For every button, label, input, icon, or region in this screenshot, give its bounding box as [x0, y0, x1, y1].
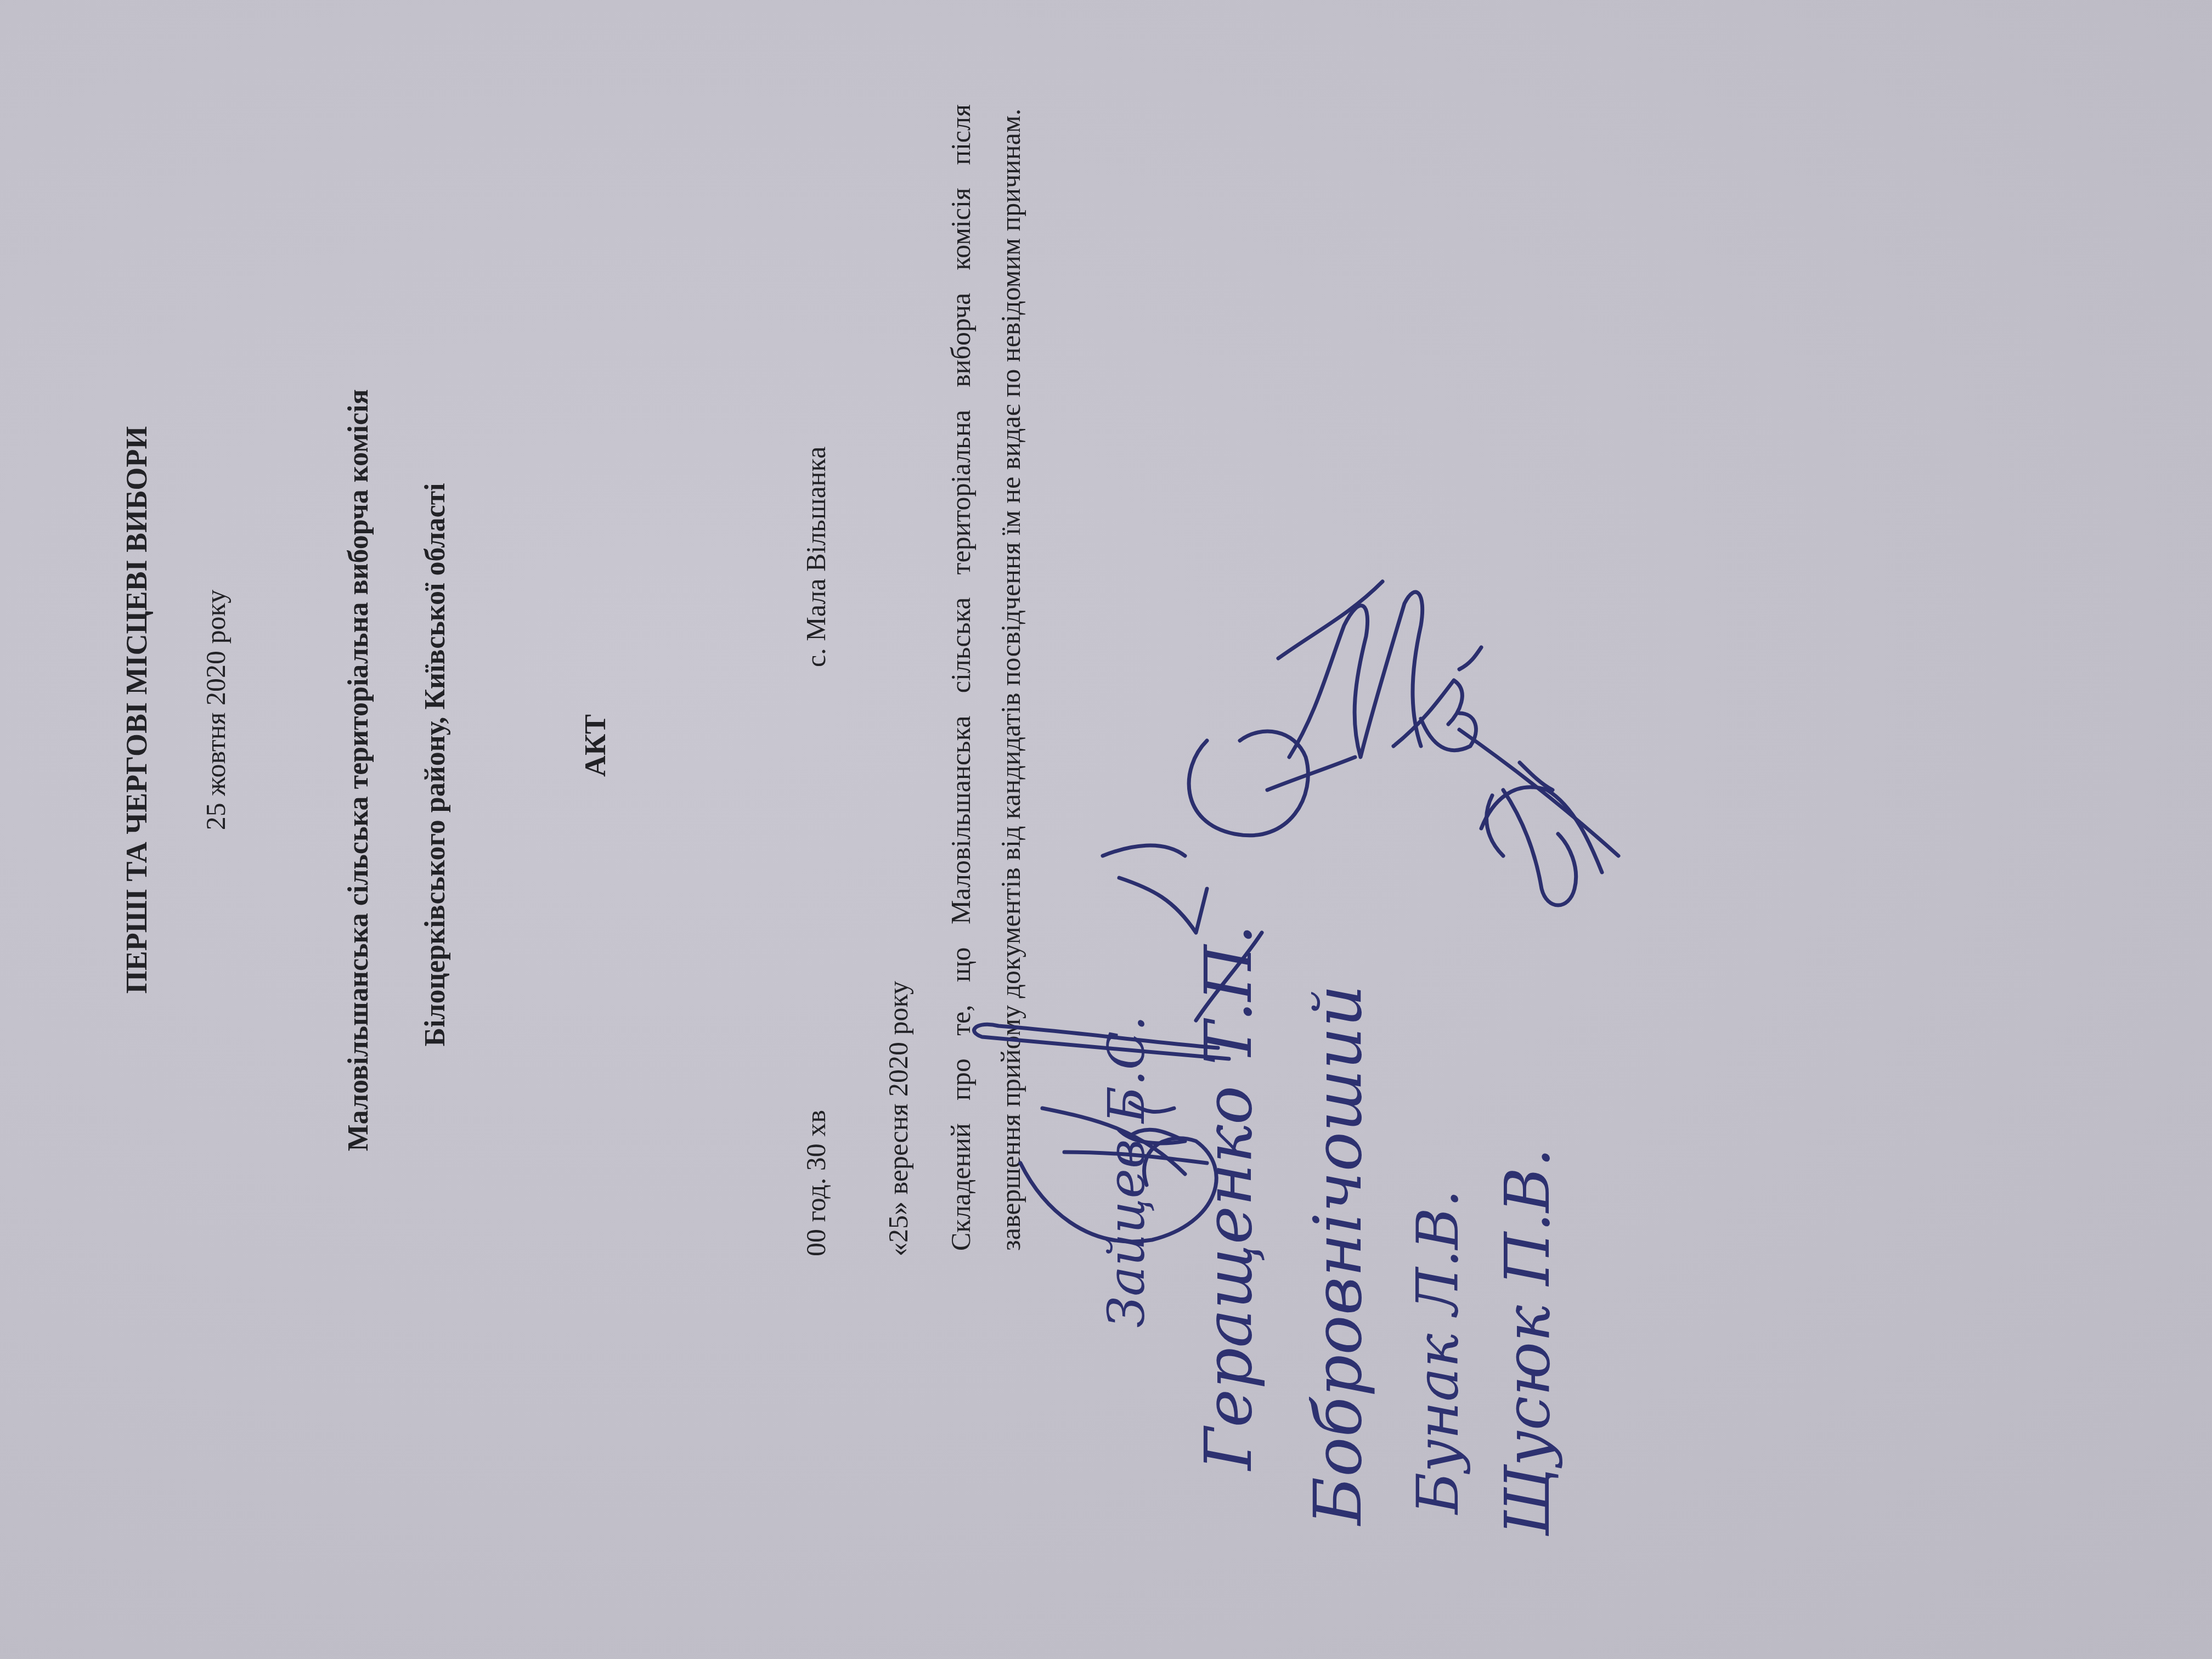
signature-name-4: Бунак Л.В. [1404, 1189, 1471, 1514]
act-time: 00 год. 30 хв [802, 1110, 830, 1256]
act-title: АКТ [580, 0, 610, 1659]
document-sheet: ПЕРШІ ТА ЧЕРГОВІ МІСЦЕВІ ВИБОРИ 25 жовтн… [0, 0, 2212, 1659]
signature-name-1: Зайцев Б.С. [1097, 1015, 1156, 1328]
election-date: 25 жовтня 2020 року [202, 0, 229, 1659]
signature-name-5: Щусюк П.В. [1492, 1148, 1564, 1536]
document-title: ПЕРШІ ТА ЧЕРГОВІ МІСЦЕВІ ВИБОРИ [122, 0, 151, 1659]
document-photo: ПЕРШІ ТА ЧЕРГОВІ МІСЦЕВІ ВИБОРИ 25 жовтн… [0, 0, 2212, 1659]
signature-name-3: Бобровнічоший [1300, 985, 1376, 1525]
signature-name-2: Геращенко Т.П. [1190, 924, 1266, 1470]
act-place: с. Мала Вільшанка [802, 447, 830, 667]
act-body: Складений про те, що Маловільшанська сіл… [936, 104, 1036, 1251]
commission-region: Білоцерківського району, Київської облас… [421, 0, 450, 1659]
commission-name: Маловільшанська сільська територіальна в… [345, 0, 373, 1659]
act-date: «25» вересня 2020 року [884, 981, 912, 1256]
